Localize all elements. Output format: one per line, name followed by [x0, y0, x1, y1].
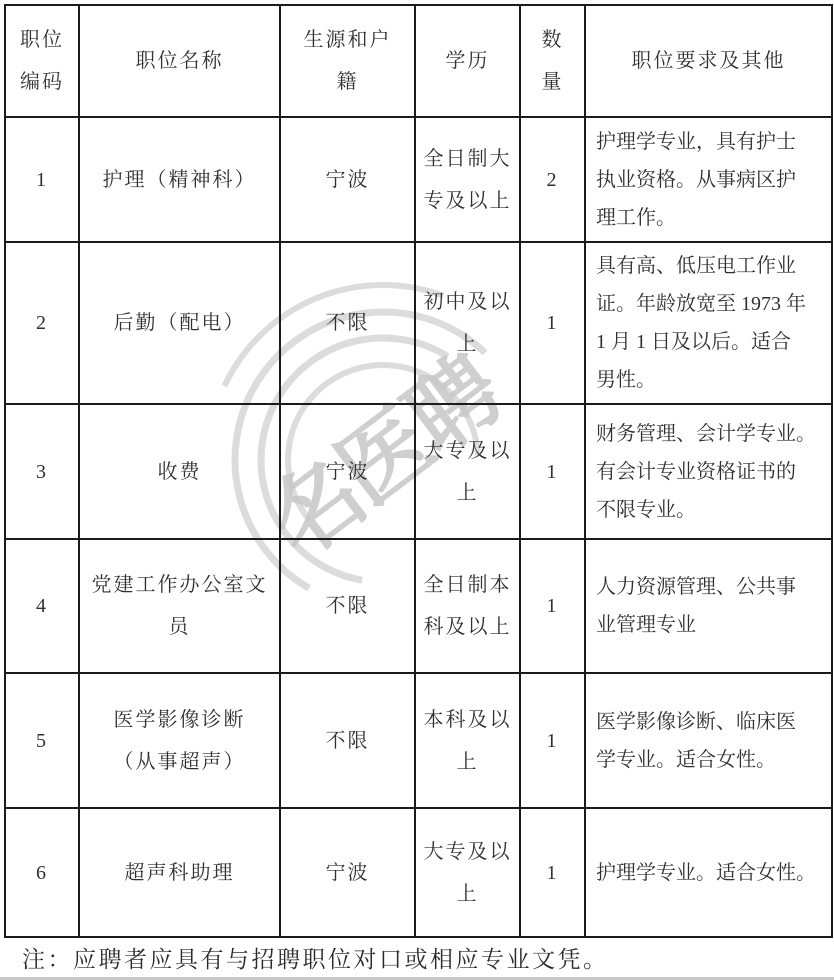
table-row: 1 护理（精神科） 宁波 全日制大 专及以上 2 护理学专业，具有护士 执业资格… [5, 117, 832, 242]
cell-count: 1 [520, 539, 585, 673]
cell-count: 2 [520, 117, 585, 242]
table-row: 4 党建工作办公室文 员 不限 全日制本 科及以上 1 人力资源管理、公共事 业… [5, 539, 832, 673]
cell-position-name: 收费 [79, 404, 280, 539]
table-row: 2 后勤（配电） 不限 初中及以 上 1 具有高、低压电工作业 证。年龄放宽至 … [5, 242, 832, 404]
cell-position-name: 党建工作办公室文 员 [79, 539, 280, 673]
cell-origin: 不限 [280, 539, 415, 673]
header-position-name: 职位名称 [79, 5, 280, 117]
cell-origin: 不限 [280, 242, 415, 404]
cell-count: 1 [520, 242, 585, 404]
header-position-code: 职位 编码 [5, 5, 79, 117]
cell-origin: 宁波 [280, 404, 415, 539]
header-origin-residence: 生源和户 籍 [280, 5, 415, 117]
positions-table: 职位 编码 职位名称 生源和户 籍 学历 数 量 职位要求及其他 1 护理（精神… [4, 4, 833, 938]
header-education: 学历 [415, 5, 520, 117]
cell-position-code: 5 [5, 673, 79, 808]
cell-position-name: 医学影像诊断 （从事超声） [79, 673, 280, 808]
cell-requirements: 财务管理、会计学专业。 有会计专业资格证书的 不限专业。 [585, 404, 832, 539]
cell-position-code: 6 [5, 808, 79, 937]
cell-education: 本科及以 上 [415, 673, 520, 808]
cell-position-code: 4 [5, 539, 79, 673]
cell-requirements: 具有高、低压电工作业 证。年龄放宽至 1973 年 1 月 1 日及以后。适合 … [585, 242, 832, 404]
cell-position-name: 后勤（配电） [79, 242, 280, 404]
cell-education: 大专及以 上 [415, 404, 520, 539]
table-row: 3 收费 宁波 大专及以 上 1 财务管理、会计学专业。 有会计专业资格证书的 … [5, 404, 832, 539]
cell-requirements: 医学影像诊断、临床医 学专业。适合女性。 [585, 673, 832, 808]
cell-requirements: 护理学专业。适合女性。 [585, 808, 832, 937]
cell-origin: 不限 [280, 673, 415, 808]
cell-education: 大专及以 上 [415, 808, 520, 937]
cell-position-name: 护理（精神科） [79, 117, 280, 242]
footnote: 注：应聘者应具有与招聘职位对口或相应专业文凭。 [22, 941, 609, 974]
cell-position-name: 超声科助理 [79, 808, 280, 937]
cell-count: 1 [520, 673, 585, 808]
cell-requirements: 护理学专业，具有护士 执业资格。从事病区护 理工作。 [585, 117, 832, 242]
cell-education: 初中及以 上 [415, 242, 520, 404]
cell-education: 全日制本 科及以上 [415, 539, 520, 673]
table-row: 6 超声科助理 宁波 大专及以 上 1 护理学专业。适合女性。 [5, 808, 832, 937]
cell-education: 全日制大 专及以上 [415, 117, 520, 242]
cell-position-code: 3 [5, 404, 79, 539]
cell-position-code: 2 [5, 242, 79, 404]
cell-count: 1 [520, 404, 585, 539]
cell-origin: 宁波 [280, 808, 415, 937]
header-row: 职位 编码 职位名称 生源和户 籍 学历 数 量 职位要求及其他 [5, 5, 832, 117]
header-requirements: 职位要求及其他 [585, 5, 832, 117]
table-row: 5 医学影像诊断 （从事超声） 不限 本科及以 上 1 医学影像诊断、临床医 学… [5, 673, 832, 808]
cell-position-code: 1 [5, 117, 79, 242]
header-count: 数 量 [520, 5, 585, 117]
cell-requirements: 人力资源管理、公共事 业管理专业 [585, 539, 832, 673]
recruitment-table-page: { "table": { "headers": [ "职位\n编码", "职位名… [0, 0, 834, 980]
cell-origin: 宁波 [280, 117, 415, 242]
cell-count: 1 [520, 808, 585, 937]
